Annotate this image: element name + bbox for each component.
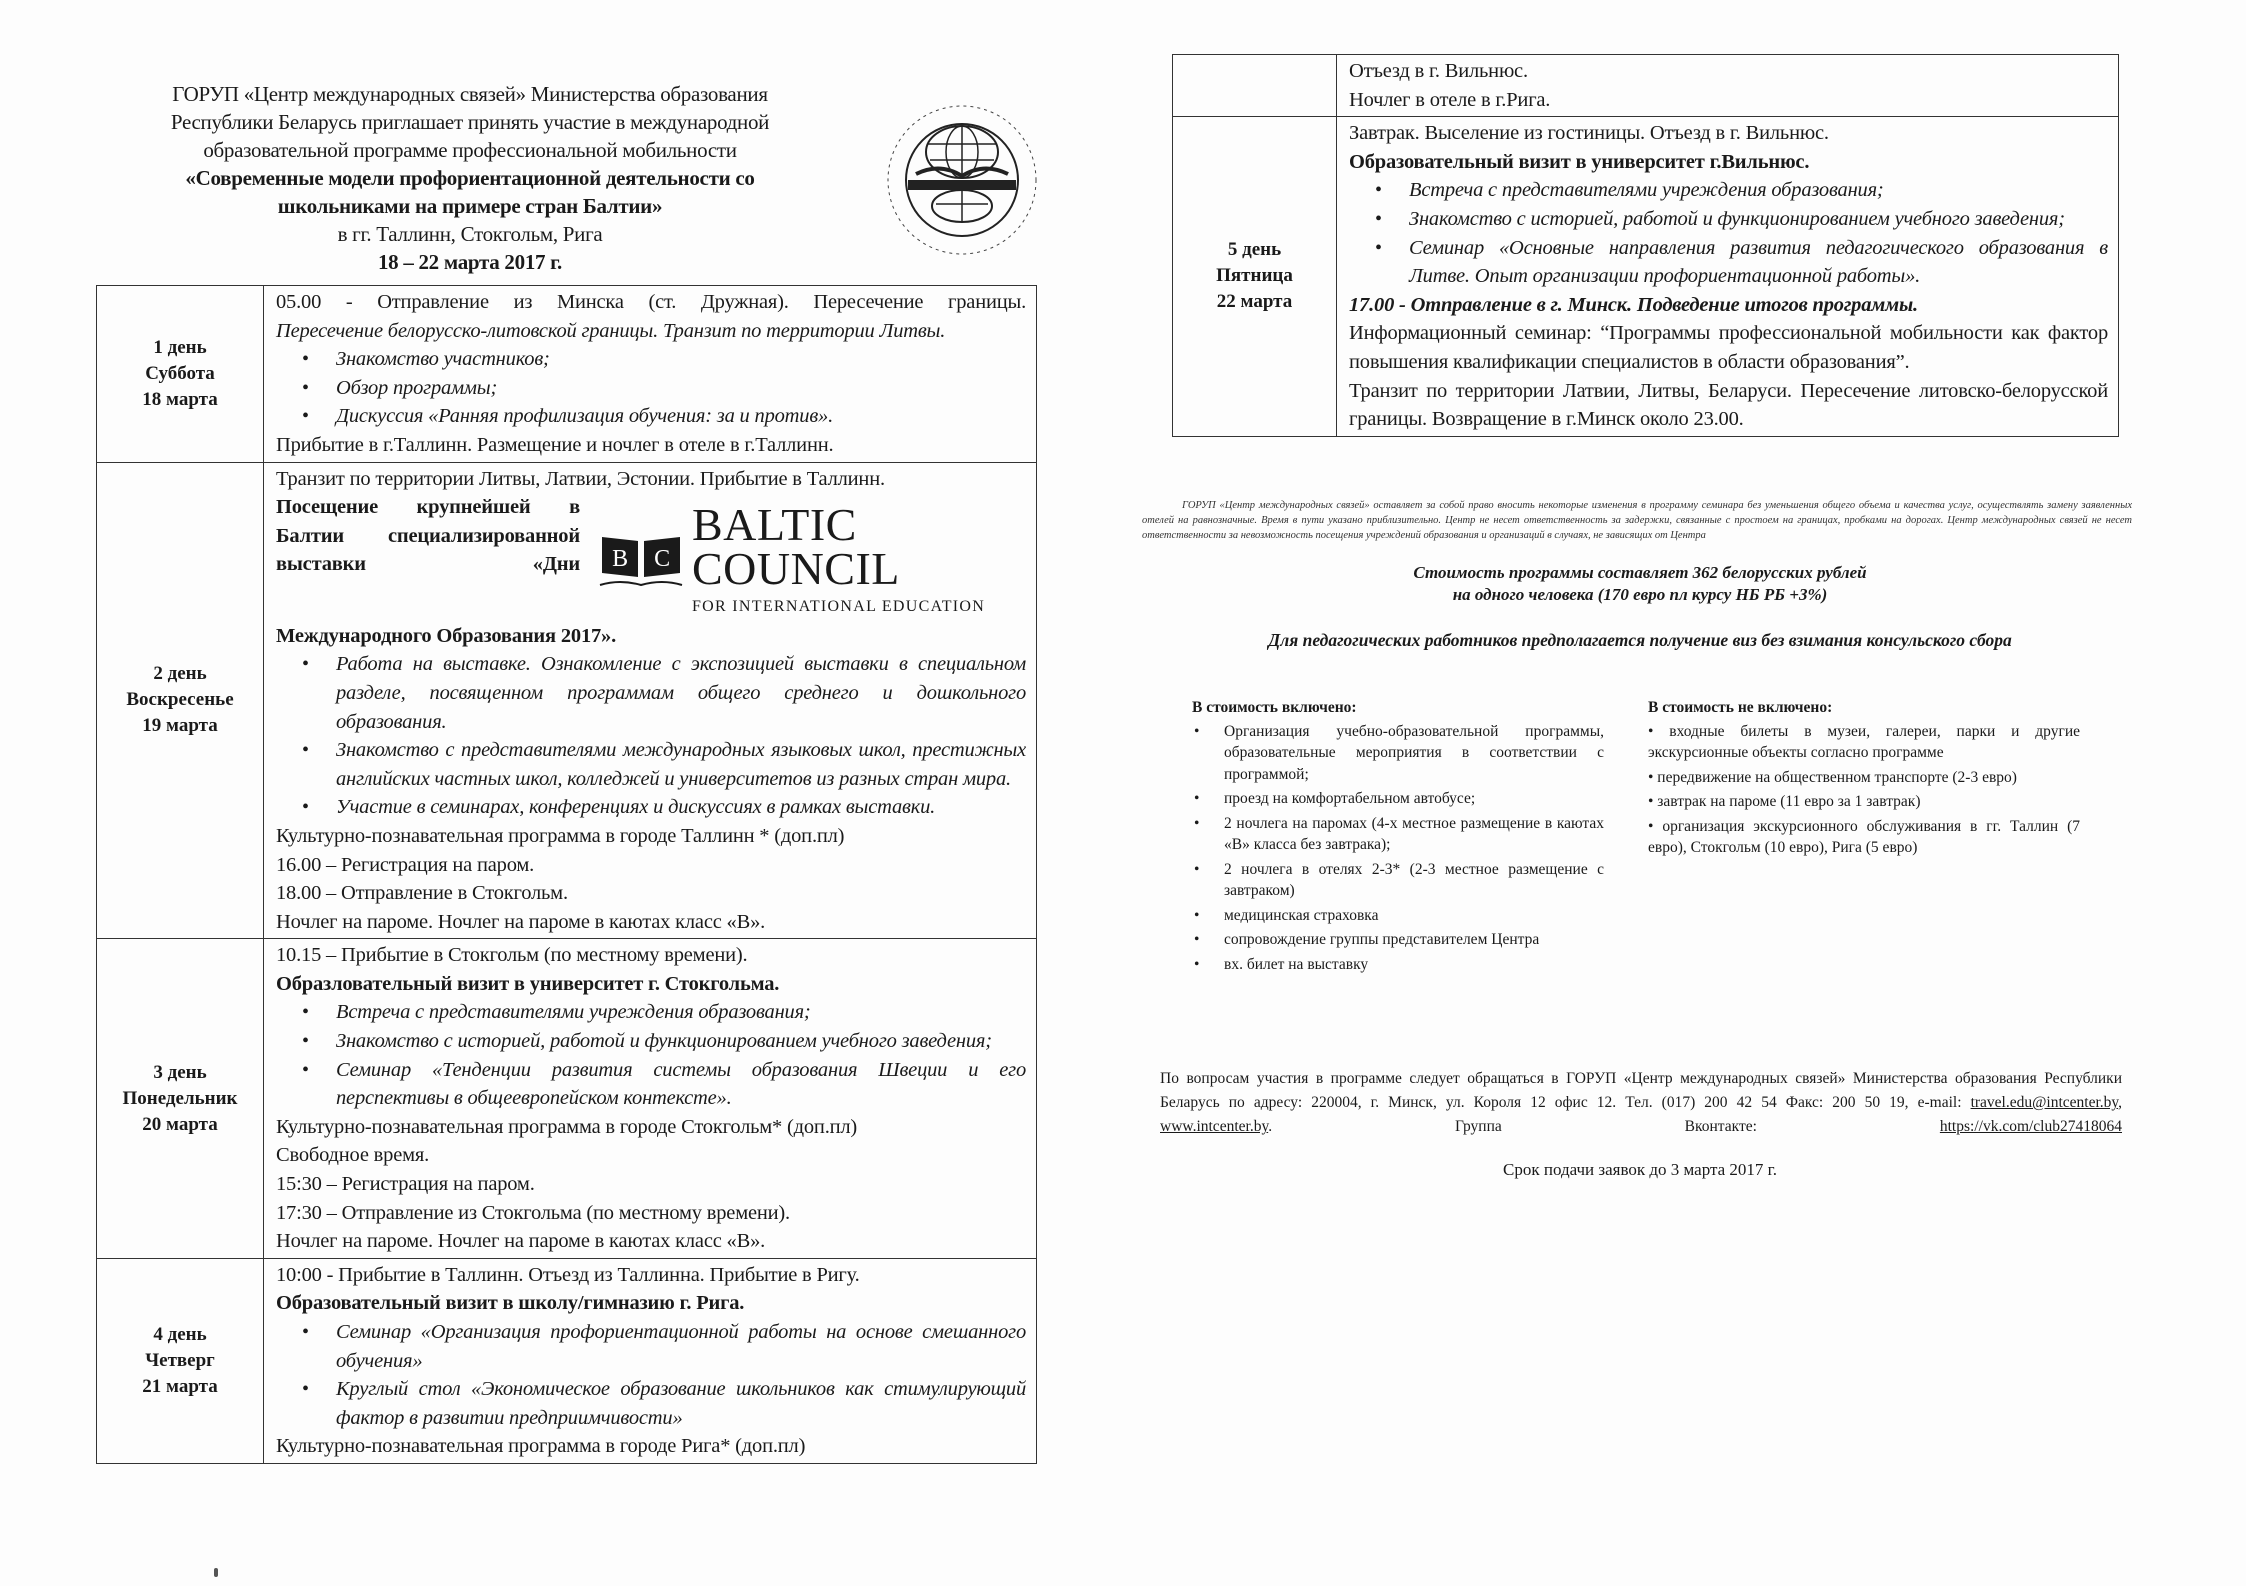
visit-line: Международного Образования 2017». xyxy=(276,622,1026,651)
list-item: Знакомство с представителями международн… xyxy=(336,736,1026,793)
schedule-table-right: Отъезд в г. Вильнюс. Ночлег в отеле в г.… xyxy=(1172,54,2119,437)
program-cost: Стоимость программы составляет 362 белор… xyxy=(1150,562,2130,606)
schedule-row-day-2: 2 день Воскресенье 19 марта Транзит по т… xyxy=(97,462,1037,939)
overnight-text: Ночлег на пароме. Ночлег на пароме в каю… xyxy=(276,908,1026,937)
day-cell xyxy=(1173,55,1337,117)
baltic-council-subtitle: FOR INTERNATIONAL EDUCATION xyxy=(692,593,1026,622)
day-date: 18 марта xyxy=(97,387,263,413)
day-date: 22 марта xyxy=(1173,289,1336,315)
day-program-cell: Отъезд в г. Вильнюс. Ночлег в отеле в г.… xyxy=(1337,55,2119,117)
schedule-table-left: 1 день Суббота 18 марта 05.00 - Отправле… xyxy=(96,285,1037,1464)
open-book-icon: B C xyxy=(598,533,684,591)
list-item: Обзор программы; xyxy=(336,374,1026,403)
ferry-departure-text: 17:30 – Отправление из Стокгольма (по ме… xyxy=(276,1199,1026,1228)
excluded-title: В стоимость не включено: xyxy=(1648,697,2080,719)
included-list: Организация учебно-образовательной прогр… xyxy=(1192,721,1604,976)
activity-list: Семинар «Организация профориентационной … xyxy=(276,1318,1026,1432)
day-date: 20 марта xyxy=(97,1112,263,1138)
arrival-text: Прибытие в г.Таллинн. Размещение и ночле… xyxy=(276,431,1026,460)
ferry-registration-text: 15:30 – Регистрация на паром. xyxy=(276,1170,1026,1199)
day-weekday: Воскресенье xyxy=(97,687,263,713)
list-item: Знакомство участников; xyxy=(336,345,1026,374)
day-program-cell: 10.15 – Прибытие в Стокгольм (по местном… xyxy=(264,939,1037,1259)
document-header: ГОРУП «Центр международных связей» Минис… xyxy=(100,80,840,276)
org-emblem-globe-book-icon xyxy=(882,100,1042,260)
list-item: Семинар «Тенденции развития системы обра… xyxy=(336,1056,1026,1113)
day-label: 3 день xyxy=(97,1060,263,1086)
schedule-row-day-4-continued: Отъезд в г. Вильнюс. Ночлег в отеле в г.… xyxy=(1173,55,2119,117)
excluded-section: В стоимость не включено: • входные билет… xyxy=(1648,697,2080,862)
ferry-departure-text: 18.00 – Отправление в Стокгольм. xyxy=(276,879,1026,908)
cultural-program-text: Культурно-познавательная программа в гор… xyxy=(276,1113,1026,1142)
day-weekday: Понедельник xyxy=(97,1086,263,1112)
transit-text: Пересечение белорусско-литовской границы… xyxy=(276,317,1026,346)
org-line-2: Республики Беларусь приглашает принять у… xyxy=(100,108,840,136)
return-text: Транзит по территории Латвии, Литвы, Бел… xyxy=(1349,377,2108,434)
list-item: Семинар «Основные направления развития п… xyxy=(1409,234,2108,291)
contact-info: По вопросам участия в программе следует … xyxy=(1160,1067,2122,1139)
day-cell: 2 день Воскресенье 19 марта xyxy=(97,462,264,939)
disclaimer-note: ГОРУП «Центр международных связей» остав… xyxy=(1142,498,2132,543)
org-line-1: ГОРУП «Центр международных связей» Минис… xyxy=(100,80,840,108)
schedule-row-day-4: 4 день Четверг 21 марта 10:00 - Прибытие… xyxy=(97,1258,1037,1463)
cost-line-1: Стоимость программы составляет 362 белор… xyxy=(1150,562,2130,584)
vk-group-link[interactable]: https://vk.com/club27418064 xyxy=(1940,1118,2122,1135)
day-date: 19 марта xyxy=(97,713,263,739)
application-deadline: Срок подачи заявок до 3 марта 2017 г. xyxy=(1150,1160,2130,1180)
visit-text: Образовательный визит в университет г.Ви… xyxy=(1349,148,2108,177)
day-program-cell: Завтрак. Выселение из гостиницы. Отъезд … xyxy=(1337,117,2119,437)
day-weekday: Суббота xyxy=(97,361,263,387)
svg-text:B: B xyxy=(612,546,628,572)
visit-line: Посещение крупнейшей в xyxy=(276,493,580,522)
contact-text: . Группа Вконтакте: xyxy=(1268,1118,1940,1135)
day-cell: 1 день Суббота 18 марта xyxy=(97,286,264,463)
arrival-text: 10:00 - Прибытие в Таллинн. Отъезд из Та… xyxy=(276,1261,1026,1290)
activity-list: Знакомство участников; Обзор программы; … xyxy=(276,345,1026,431)
day-weekday: Пятница xyxy=(1173,263,1336,289)
checkout-text: Завтрак. Выселение из гостиницы. Отъезд … xyxy=(1349,119,2108,148)
list-item: Встреча с представителями учреждения обр… xyxy=(1409,176,2108,205)
day-weekday: Четверг xyxy=(97,1348,263,1374)
program-title-line-1: «Современные модели профориентационной д… xyxy=(100,164,840,192)
list-item: сопровождение группы представителем Цент… xyxy=(1224,929,1604,951)
transit-text: Транзит по территории Литвы, Латвии, Эст… xyxy=(276,465,1026,494)
list-item: • передвижение на общественном транспорт… xyxy=(1648,767,2080,789)
cost-line-2: на одного человека (170 евро пл курсу НБ… xyxy=(1150,584,2130,606)
exhibition-visit-text: Посещение крупнейшей в Балтии специализи… xyxy=(276,493,580,579)
departure-text: Отъезд в г. Вильнюс. xyxy=(1349,57,2108,86)
visit-line: Балтии специализированной xyxy=(276,522,580,551)
activity-list: Работа на выставке. Ознакомление с экспо… xyxy=(276,650,1026,822)
overnight-text: Ночлег на пароме. Ночлег на пароме в каю… xyxy=(276,1227,1026,1256)
day-program-cell: 05.00 - Отправление из Минска (ст. Дружн… xyxy=(264,286,1037,463)
cultural-program-text: Культурно-познавательная программа в гор… xyxy=(276,1432,1026,1461)
day-cell: 4 день Четверг 21 марта xyxy=(97,1258,264,1463)
day-label: 5 день xyxy=(1173,237,1336,263)
baltic-council-title: BALTIC COUNCIL xyxy=(692,503,1026,591)
seminar-text: Информационный семинар: “Программы профе… xyxy=(1349,319,2108,376)
program-dates: 18 – 22 марта 2017 г. xyxy=(100,248,840,276)
list-item: 2 ночлега в отелях 2-3* (2-3 местное раз… xyxy=(1224,859,1604,902)
list-item: Дискуссия «Ранняя профилизация обучения:… xyxy=(336,402,1026,431)
departure-text: 05.00 - Отправление из Минска (ст. Дружн… xyxy=(276,288,1026,317)
included-title: В стоимость включено: xyxy=(1192,697,1604,719)
list-item: Работа на выставке. Ознакомление с экспо… xyxy=(336,650,1026,736)
scan-speck xyxy=(214,1568,218,1577)
day-label: 2 день xyxy=(97,661,263,687)
svg-text:C: C xyxy=(654,546,670,572)
free-time-text: Свободное время. xyxy=(276,1141,1026,1170)
ferry-registration-text: 16.00 – Регистрация на паром. xyxy=(276,851,1026,880)
baltic-council-logo: B C BALTIC COUNCIL FOR INTERNATIONAL EDU… xyxy=(598,503,1026,622)
email-link[interactable]: travel.edu@intcenter.by xyxy=(1971,1094,2119,1111)
org-line-3: образовательной программе профессиональн… xyxy=(100,136,840,164)
list-item: медицинская страховка xyxy=(1224,905,1604,927)
day-label: 4 день xyxy=(97,1322,263,1348)
visa-note: Для педагогических работников предполага… xyxy=(1150,630,2130,651)
list-item: Знакомство с историей, работой и функцио… xyxy=(1409,205,2108,234)
exhibition-visit: Посещение крупнейшей в Балтии специализи… xyxy=(276,493,1026,622)
schedule-row-day-5: 5 день Пятница 22 марта Завтрак. Выселен… xyxy=(1173,117,2119,437)
schedule-row-day-3: 3 день Понедельник 20 марта 10.15 – Приб… xyxy=(97,939,1037,1259)
visit-line: выставки «Дни xyxy=(276,550,580,579)
list-item: • организация экскурсионного обслуживани… xyxy=(1648,816,2080,859)
schedule-row-day-1: 1 день Суббота 18 марта 05.00 - Отправле… xyxy=(97,286,1037,463)
departure-text: 17.00 - Отправление в г. Минск. Подведен… xyxy=(1349,291,2108,320)
program-title-line-2: школьниками на примере стран Балтии» xyxy=(100,192,840,220)
activity-list: Встреча с представителями учреждения обр… xyxy=(276,998,1026,1112)
list-item: проезд на комфортабельном автобусе; xyxy=(1224,788,1604,810)
activity-list: Встреча с представителями учреждения обр… xyxy=(1349,176,2108,290)
day-cell: 3 день Понедельник 20 марта xyxy=(97,939,264,1259)
day-cell: 5 день Пятница 22 марта xyxy=(1173,117,1337,437)
list-item: 2 ночлега на паромах (4-х местное размещ… xyxy=(1224,813,1604,856)
list-item: Участие в семинарах, конференциях и диск… xyxy=(336,793,1026,822)
day-program-cell: Транзит по территории Литвы, Латвии, Эст… xyxy=(264,462,1037,939)
day-date: 21 марта xyxy=(97,1374,263,1400)
visit-text: Образловательный визит в университет г. … xyxy=(276,970,1026,999)
included-section: В стоимость включено: Организация учебно… xyxy=(1192,697,1604,978)
list-item: Знакомство с историей, работой и функцио… xyxy=(336,1027,1026,1056)
visit-text: Образовательный визит в школу/гимназию г… xyxy=(276,1289,1026,1318)
list-item: Семинар «Организация профориентационной … xyxy=(336,1318,1026,1375)
day-program-cell: 10:00 - Прибытие в Таллинн. Отъезд из Та… xyxy=(264,1258,1037,1463)
list-item: • входные билеты в музеи, галереи, парки… xyxy=(1648,721,2080,764)
program-cities: в гг. Таллинн, Стокгольм, Рига xyxy=(100,220,840,248)
list-item: Круглый стол «Экономическое образование … xyxy=(336,1375,1026,1432)
list-item: Встреча с представителями учреждения обр… xyxy=(336,998,1026,1027)
cultural-program-text: Культурно-познавательная программа в гор… xyxy=(276,822,1026,851)
arrival-text: 10.15 – Прибытие в Стокгольм (по местном… xyxy=(276,941,1026,970)
list-item: вх. билет на выставку xyxy=(1224,954,1604,976)
separator: , xyxy=(2118,1094,2122,1111)
list-item: Организация учебно-образовательной прогр… xyxy=(1224,721,1604,786)
website-link[interactable]: www.intcenter.by xyxy=(1160,1118,1268,1135)
list-item: • завтрак на пароме (11 евро за 1 завтра… xyxy=(1648,791,2080,813)
overnight-text: Ночлег в отеле в г.Рига. xyxy=(1349,86,2108,115)
day-label: 1 день xyxy=(97,335,263,361)
